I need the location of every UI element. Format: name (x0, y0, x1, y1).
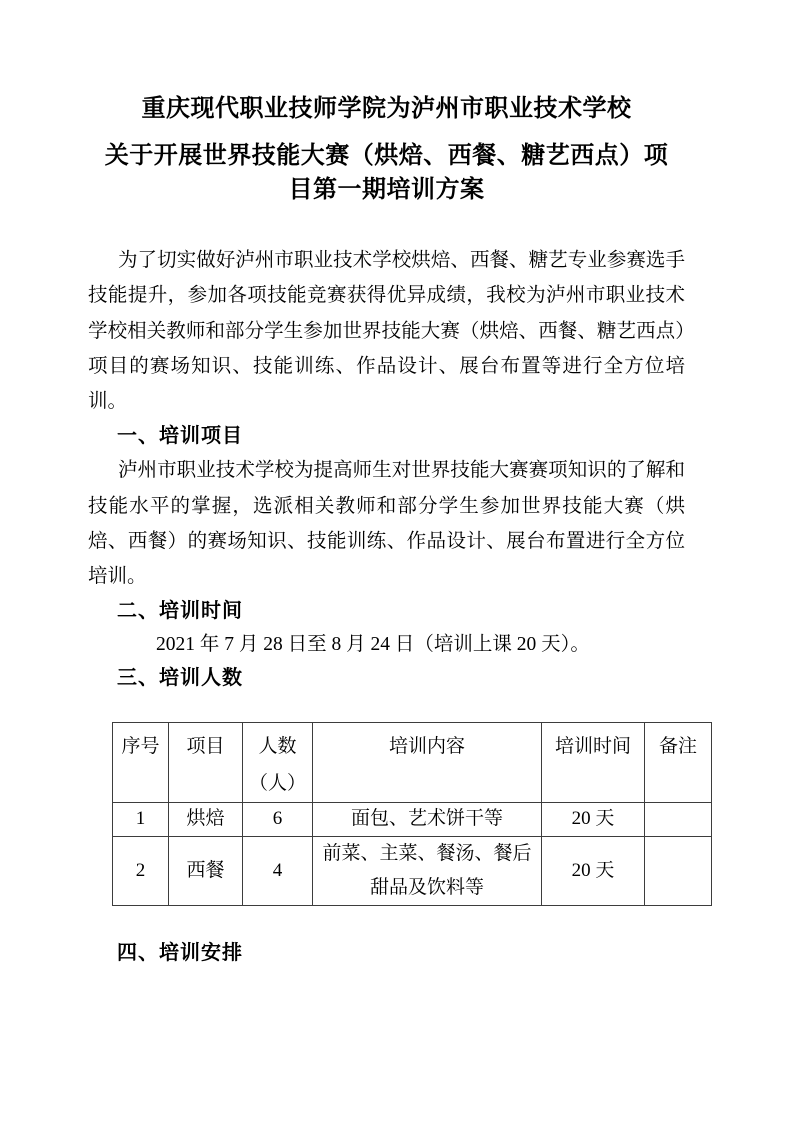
document-title-line1: 重庆现代职业技师学院为泸州市职业技术学校 (88, 92, 685, 125)
header-cell-item: 项目 (169, 722, 243, 802)
cell-count: 4 (243, 836, 313, 905)
training-date-line: 2021 年 7 月 28 日至 8 月 24 日（培训上课 20 天）。 (88, 628, 685, 662)
section-heading-training-time: 二、培训时间 (88, 595, 685, 628)
header-cell-duration: 培训时间 (542, 722, 645, 802)
cell-content: 前菜、主菜、餐汤、餐后甜品及饮料等 (313, 836, 542, 905)
header-cell-remark: 备注 (645, 722, 712, 802)
cell-duration: 20 天 (542, 836, 645, 905)
section-paragraph-training-items: 泸州市职业技术学校为提高师生对世界技能大赛赛项知识的了解和技能水平的掌握，选派相… (88, 453, 685, 594)
section-heading-trainee-count: 三、培训人数 (88, 662, 685, 695)
cell-content: 面包、艺术饼干等 (313, 802, 542, 836)
cell-remark (645, 802, 712, 836)
cell-index: 1 (113, 802, 169, 836)
table-header-row: 序号 项目 人数 （人） 培训内容 培训时间 备注 (113, 722, 712, 802)
intro-paragraph: 为了切实做好泸州市职业技术学校烘焙、西餐、糖艺专业参赛选手技能提升，参加各项技能… (88, 243, 685, 419)
cell-remark (645, 836, 712, 905)
header-cell-index: 序号 (113, 722, 169, 802)
cell-item: 烘焙 (169, 802, 243, 836)
header-cell-content: 培训内容 (313, 722, 542, 802)
cell-index: 2 (113, 836, 169, 905)
document-page: 重庆现代职业技师学院为泸州市职业技术学校 关于开展世界技能大赛（烘焙、西餐、糖艺… (0, 0, 793, 1122)
cell-count: 6 (243, 802, 313, 836)
table-row-baking: 1 烘焙 6 面包、艺术饼干等 20 天 (113, 802, 712, 836)
document-title-line2: 关于开展世界技能大赛（烘焙、西餐、糖艺西点）项 目第一期培训方案 (88, 139, 685, 207)
cell-item: 西餐 (169, 836, 243, 905)
cell-duration: 20 天 (542, 802, 645, 836)
header-cell-count: 人数 （人） (243, 722, 313, 802)
trainee-table: 序号 项目 人数 （人） 培训内容 培训时间 备注 1 烘焙 6 面包、艺术饼干… (112, 722, 712, 906)
table-row-western-cuisine: 2 西餐 4 前菜、主菜、餐汤、餐后甜品及饮料等 20 天 (113, 836, 712, 905)
section-heading-training-schedule: 四、培训安排 (88, 936, 685, 970)
section-heading-training-items: 一、培训项目 (88, 419, 685, 453)
